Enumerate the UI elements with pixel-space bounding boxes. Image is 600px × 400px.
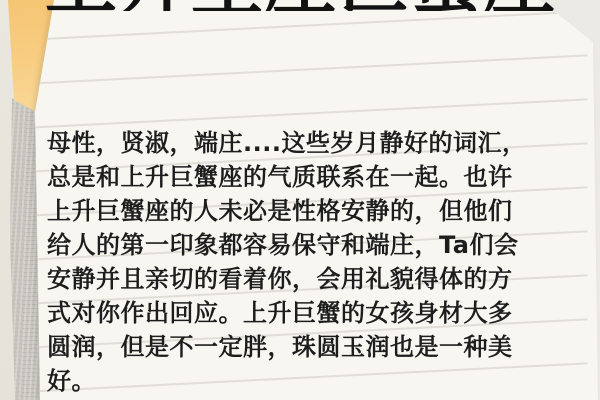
ruled-line [8,54,587,85]
clipped-title-text: 上升星座巨蟹座 [45,0,556,11]
ruled-line [8,98,587,129]
article-text: 母性，贤淑，端庄....这些岁月静好的词汇， 总是和上升巨蟹座的气质联系在一起。… [47,126,549,398]
quote-card: 上升星座巨蟹座 母性，贤淑，端庄....这些岁月静好的词汇， 总是和上升巨蟹座的… [0,0,600,400]
clipped-title: 上升星座巨蟹座 [0,0,600,11]
ruled-line [8,10,587,41]
